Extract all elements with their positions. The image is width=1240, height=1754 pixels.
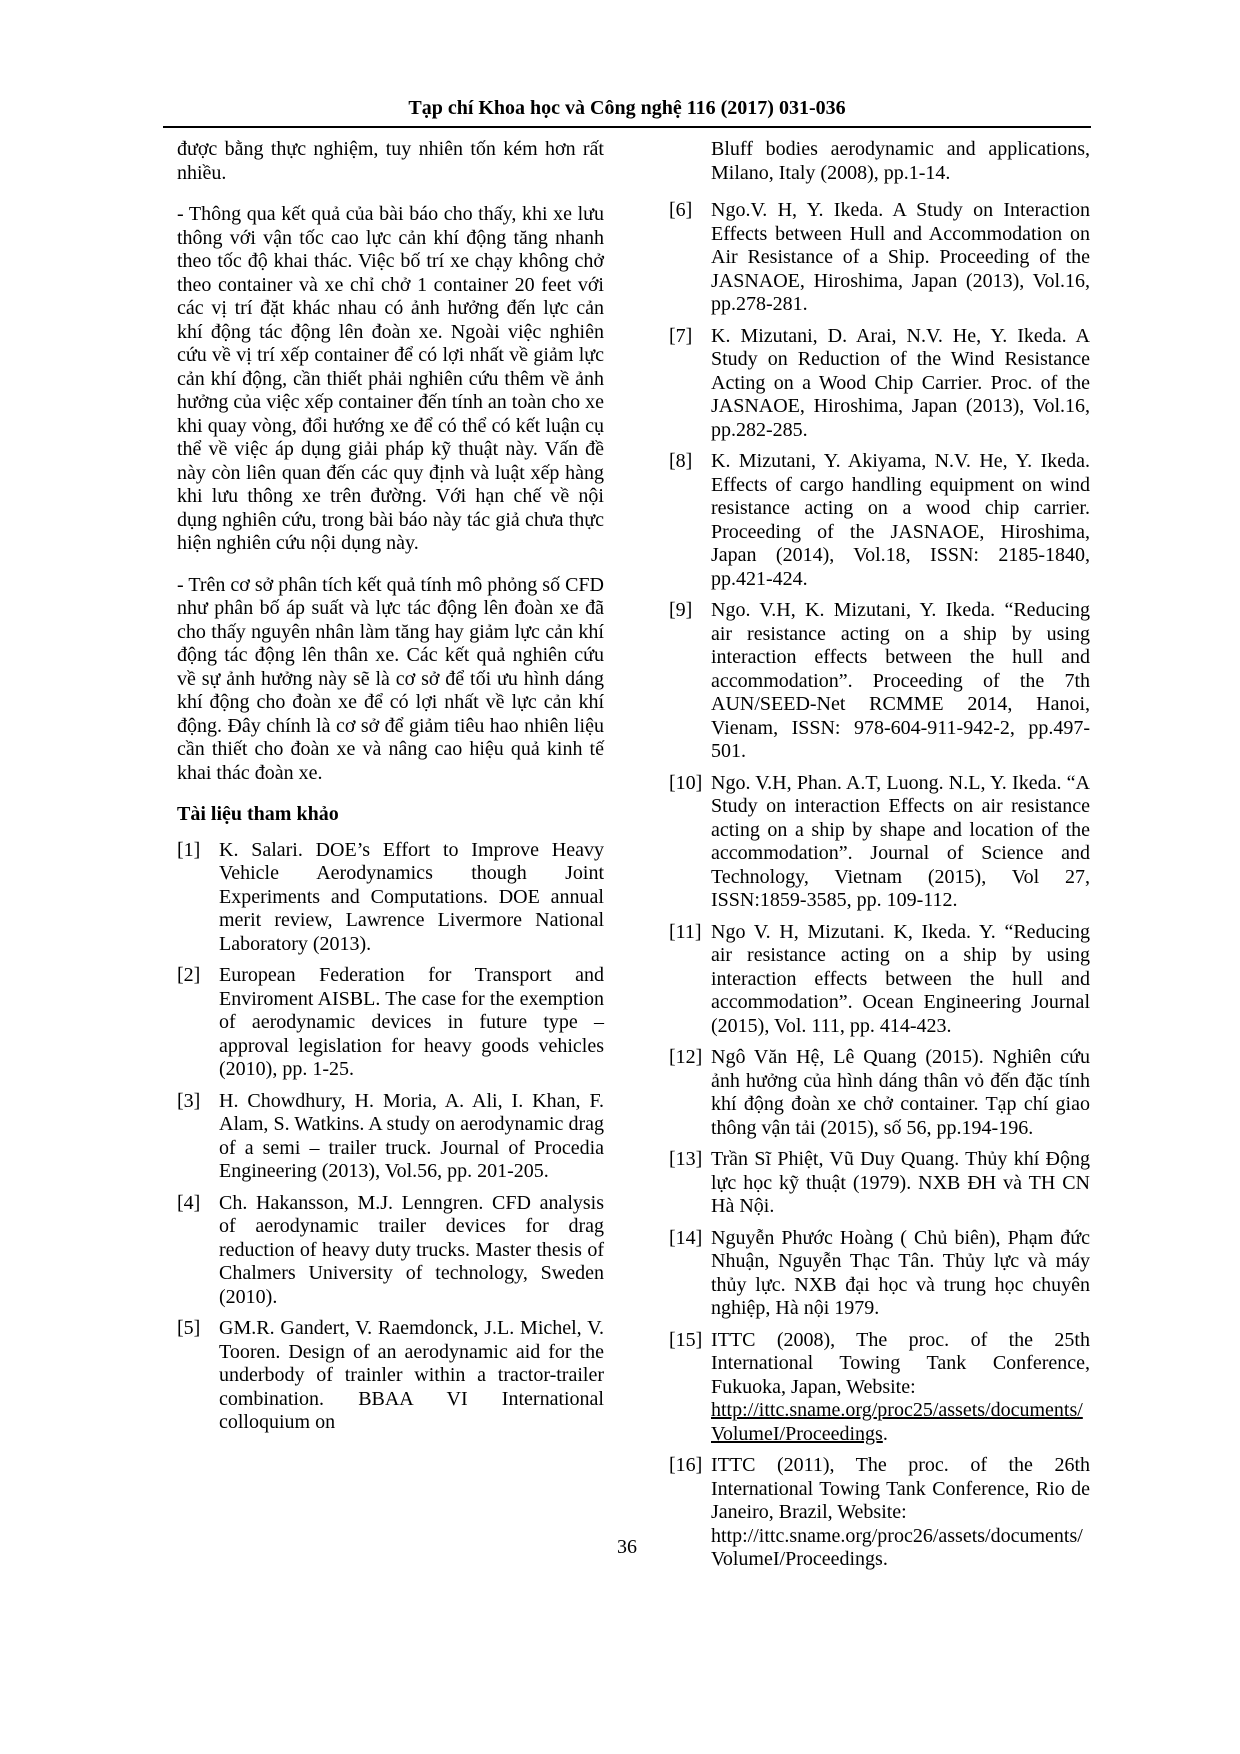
reference-item: [8] K. Mizutani, Y. Akiyama, N.V. He, Y.… [669, 450, 1090, 591]
reference-label: [4] [177, 1192, 219, 1310]
reference-text: Ngô Văn Hệ, Lê Quang (2015). Nghiên cứu … [711, 1046, 1090, 1140]
left-column: được bằng thực nghiệm, tuy nhiên tốn kém… [177, 138, 604, 1443]
reference-item: [13] Trần Sĩ Phiệt, Vũ Duy Quang. Thủy k… [669, 1148, 1090, 1219]
reference-label: [8] [669, 450, 711, 591]
reference-label: [9] [669, 599, 711, 764]
reference-label: [15] [669, 1329, 711, 1447]
reference-item: [15] ITTC (2008), The proc. of the 25th … [669, 1329, 1090, 1447]
journal-page: Tạp chí Khoa học và Công nghệ 116 (2017)… [0, 0, 1240, 1754]
reference-text: H. Chowdhury, H. Moria, A. Ali, I. Khan,… [219, 1090, 604, 1184]
right-column: Bluff bodies aerodynamic and application… [669, 138, 1090, 1580]
page-number: 36 [163, 1536, 1091, 1560]
reference-text: K. Mizutani, D. Arai, N.V. He, Y. Ikeda.… [711, 325, 1090, 443]
reference-text: K. Mizutani, Y. Akiyama, N.V. He, Y. Ike… [711, 450, 1090, 591]
reference-item: [6] Ngo.V. H, Y. Ikeda. A Study on Inter… [669, 199, 1090, 317]
reference-label: [13] [669, 1148, 711, 1219]
reference-text: Ngo. V.H, K. Mizutani, Y. Ikeda. “Reduci… [711, 599, 1090, 764]
journal-header-line: Tạp chí Khoa học và Công nghệ 116 (2017)… [163, 97, 1091, 121]
references-list-right: [6] Ngo.V. H, Y. Ikeda. A Study on Inter… [669, 199, 1090, 1572]
reference-item: [5] GM.R. Gandert, V. Raemdonck, J.L. Mi… [177, 1317, 604, 1435]
reference-label: [6] [669, 199, 711, 317]
reference-label: [1] [177, 839, 219, 957]
reference-label: [7] [669, 325, 711, 443]
reference-label: [11] [669, 921, 711, 1039]
reference-label: [14] [669, 1227, 711, 1321]
reference-text: European Federation for Transport and En… [219, 964, 604, 1082]
reference-item: [10] Ngo. V.H, Phan. A.T, Luong. N.L, Y.… [669, 772, 1090, 913]
reference-item: [7] K. Mizutani, D. Arai, N.V. He, Y. Ik… [669, 325, 1090, 443]
reference-text: Ngo V. H, Mizutani. K, Ikeda. Y. “Reduci… [711, 921, 1090, 1039]
reference-label: [3] [177, 1090, 219, 1184]
reference-link[interactable]: http://ittc.sname.org/proc25/assets/docu… [711, 1399, 1083, 1445]
reference-text: Nguyễn Phước Hoàng ( Chủ biên), Phạm đức… [711, 1227, 1090, 1321]
reference-label: [12] [669, 1046, 711, 1140]
reference-item: [1] K. Salari. DOE’s Effort to Improve H… [177, 839, 604, 957]
body-paragraph: được bằng thực nghiệm, tuy nhiên tốn kém… [177, 138, 604, 185]
body-paragraph: - Thông qua kết quả của bài báo cho thấy… [177, 203, 604, 556]
reference-item: [14] Nguyễn Phước Hoàng ( Chủ biên), Phạ… [669, 1227, 1090, 1321]
reference-text: K. Salari. DOE’s Effort to Improve Heavy… [219, 839, 604, 957]
references-list-left: [1] K. Salari. DOE’s Effort to Improve H… [177, 839, 604, 1435]
references-heading: Tài liệu tham khảo [177, 803, 604, 827]
reference-text: ITTC (2008), The proc. of the 25th Inter… [711, 1329, 1090, 1447]
reference-item: [4] Ch. Hakansson, M.J. Lenngren. CFD an… [177, 1192, 604, 1310]
reference-text: Ch. Hakansson, M.J. Lenngren. CFD analys… [219, 1192, 604, 1310]
reference-label: [2] [177, 964, 219, 1082]
reference-item: [9] Ngo. V.H, K. Mizutani, Y. Ikeda. “Re… [669, 599, 1090, 764]
reference-text: Ngo. V.H, Phan. A.T, Luong. N.L, Y. Iked… [711, 772, 1090, 913]
reference-item: [2] European Federation for Transport an… [177, 964, 604, 1082]
reference-label: [10] [669, 772, 711, 913]
reference-continuation: Bluff bodies aerodynamic and application… [669, 138, 1090, 185]
body-paragraph: - Trên cơ sở phân tích kết quả tính mô p… [177, 574, 604, 786]
reference-text: Trần Sĩ Phiệt, Vũ Duy Quang. Thủy khí Độ… [711, 1148, 1090, 1219]
header-rule [163, 126, 1091, 128]
reference-item: [12] Ngô Văn Hệ, Lê Quang (2015). Nghiên… [669, 1046, 1090, 1140]
reference-item: [3] H. Chowdhury, H. Moria, A. Ali, I. K… [177, 1090, 604, 1184]
reference-text: Ngo.V. H, Y. Ikeda. A Study on Interacti… [711, 199, 1090, 317]
reference-item: [11] Ngo V. H, Mizutani. K, Ikeda. Y. “R… [669, 921, 1090, 1039]
reference-text: GM.R. Gandert, V. Raemdonck, J.L. Michel… [219, 1317, 604, 1435]
reference-label: [5] [177, 1317, 219, 1435]
